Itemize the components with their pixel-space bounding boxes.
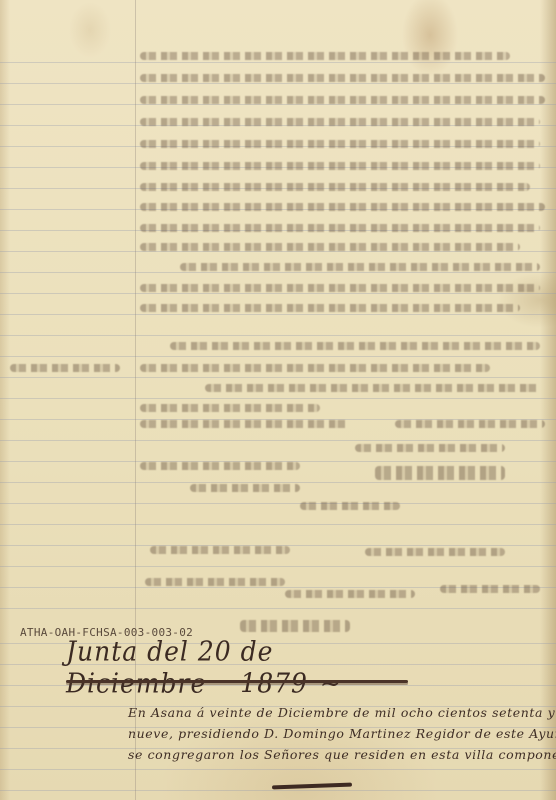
entry-heading: Junta del 20 de Diciembre1879~ xyxy=(66,635,556,699)
entry-line-3: se congregaron los Señores que residen e… xyxy=(128,747,556,762)
entry-line-1: En Asana á veinte de Diciembre de mil oc… xyxy=(128,705,555,720)
ink-flourish xyxy=(272,783,352,790)
entry-line-2: nueve, presidiendo D. Domingo Martinez R… xyxy=(128,726,556,741)
manuscript-page: ATHA-OAH-FCHSA-003-003-02 Junta del 20 d… xyxy=(0,0,556,800)
heading-underline xyxy=(66,680,408,683)
